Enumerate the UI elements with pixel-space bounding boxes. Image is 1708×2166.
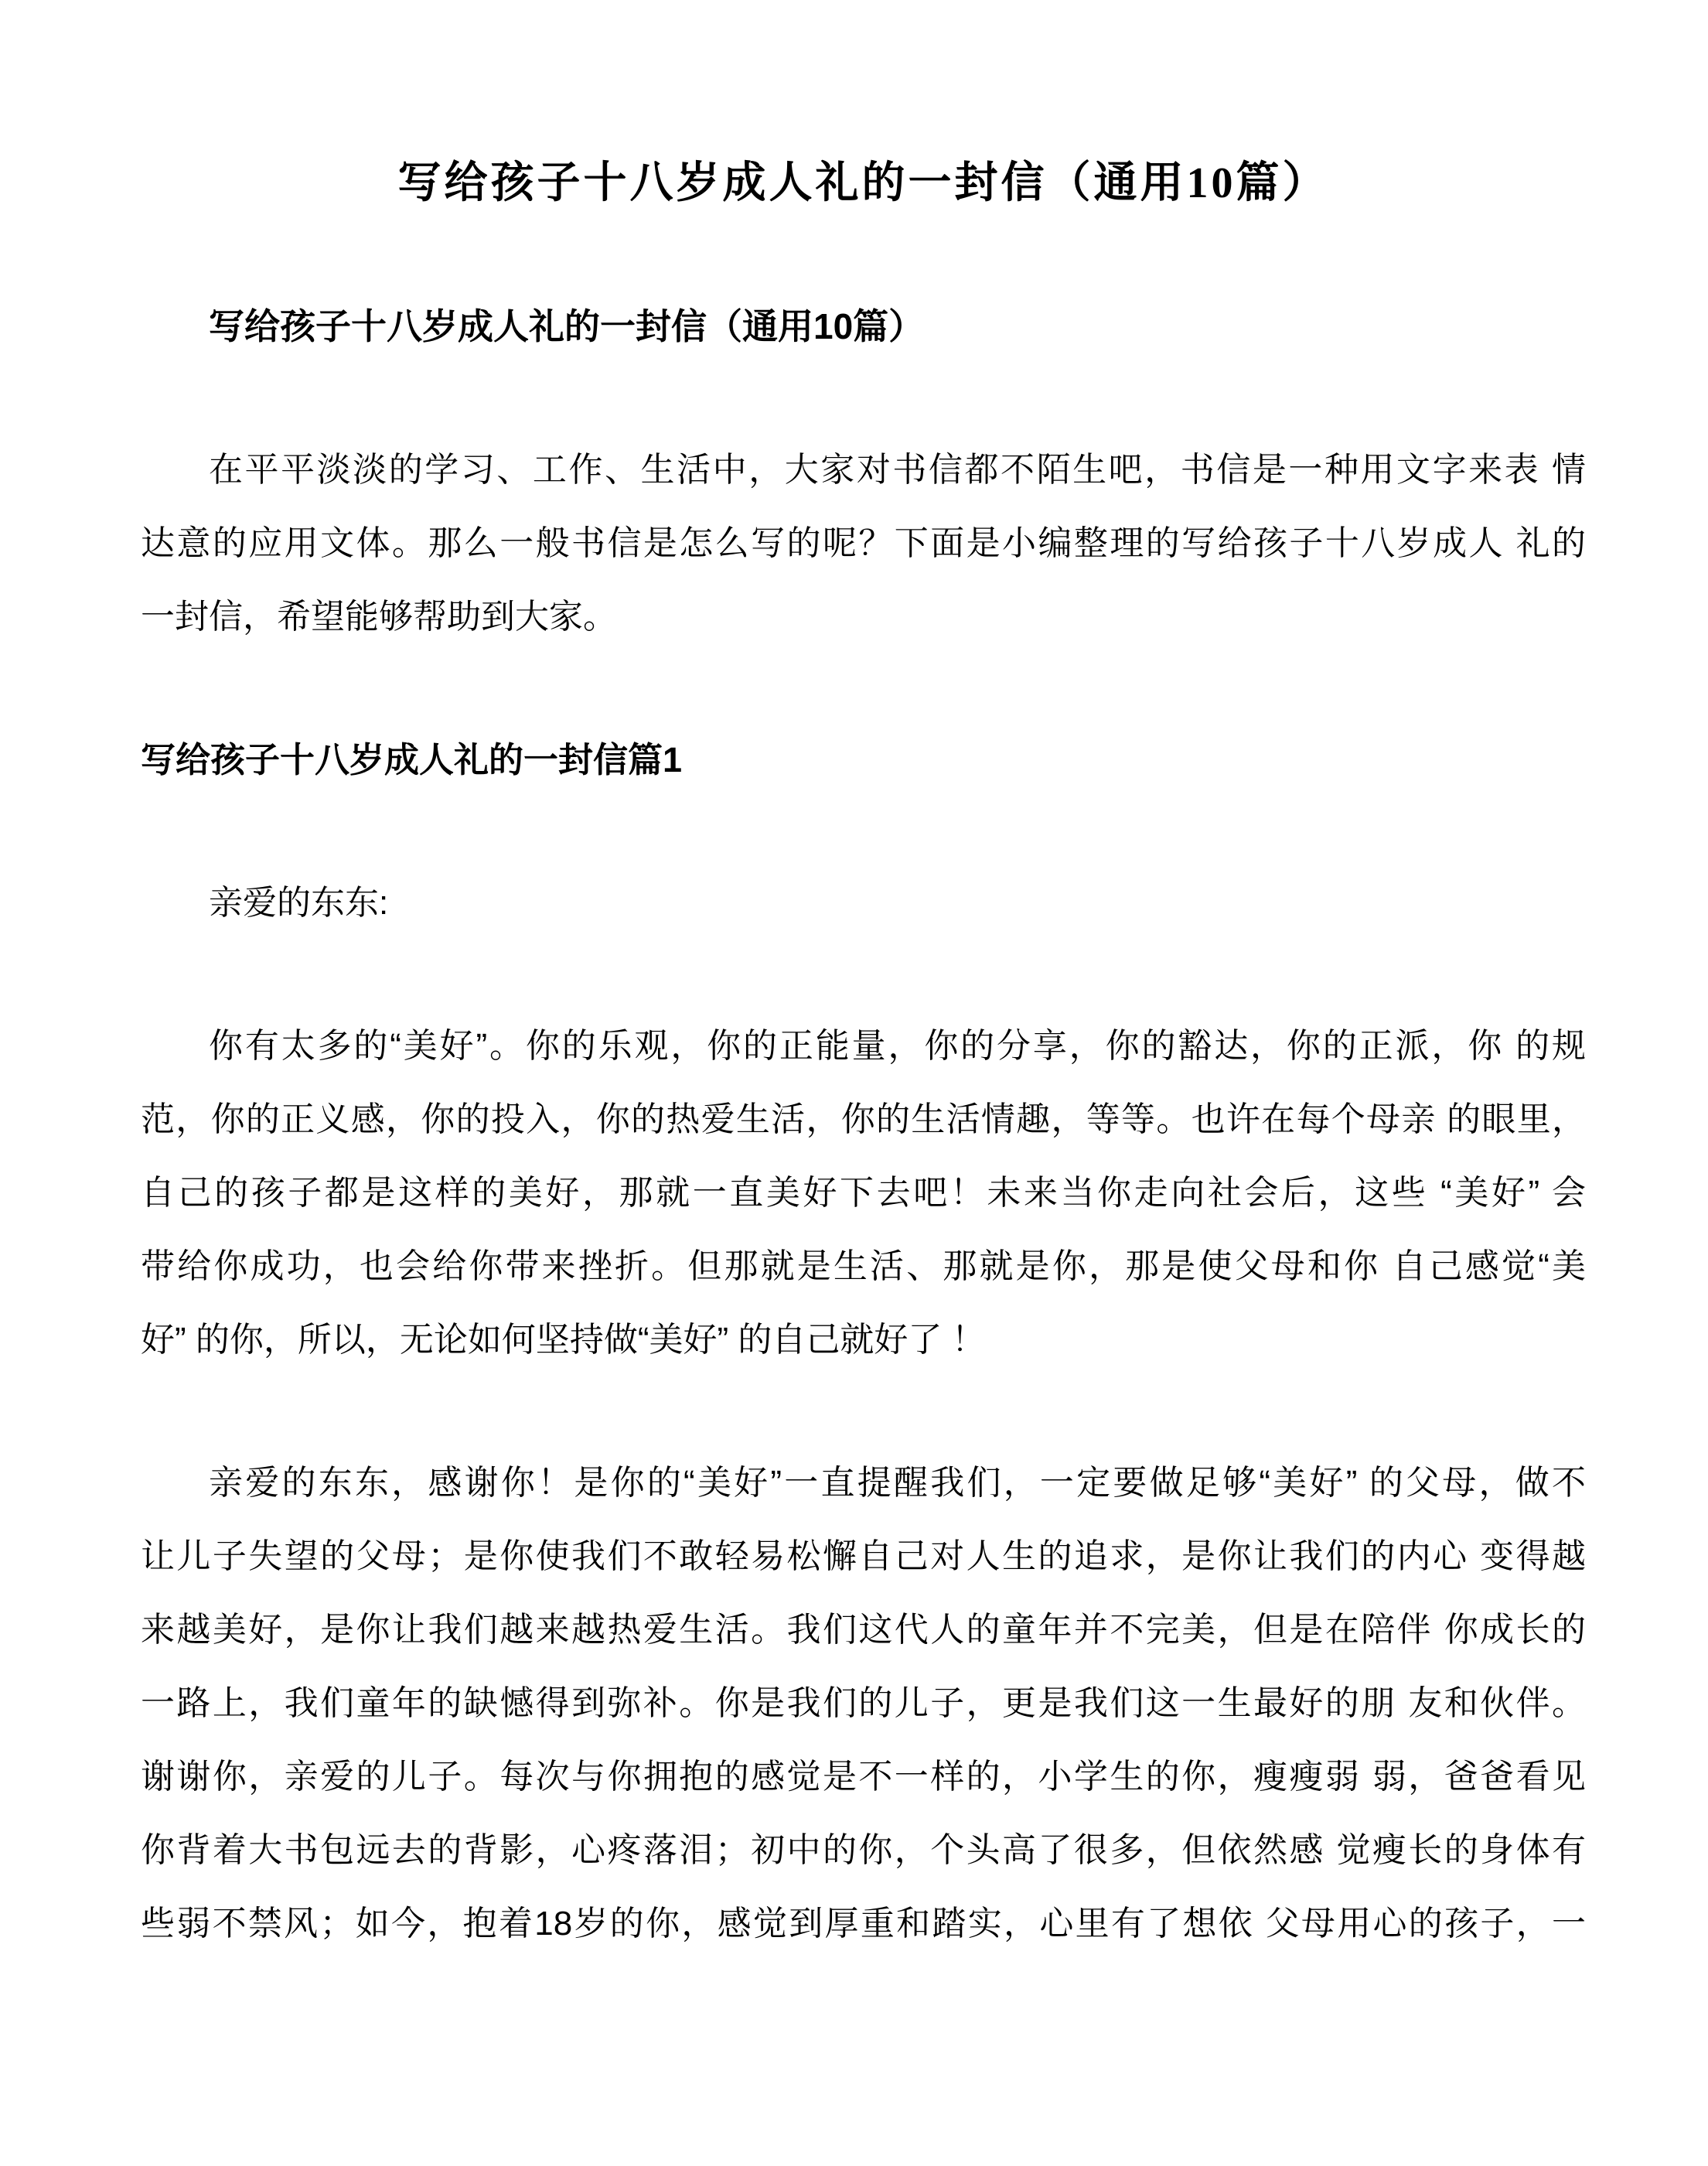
section-heading: 写给孩子十八岁成人礼的一封信篇1	[141, 723, 1586, 796]
text-line: 你背着大书包远去的背影，心疼落泪；初中的你，个头高了很多，但依然感 觉瘦长的身体…	[141, 1813, 1586, 1887]
document-subtitle: 写给孩子十八岁成人礼的一封信（通用10篇）	[141, 290, 1586, 363]
text-line: 带给你成功，也会给你带来挫折。但那就是生活、那就是你，那是使父母和你 自己感觉“…	[141, 1230, 1586, 1303]
body-paragraph-2: 亲爱的东东，感谢你！是你的“美好”一直提醒我们，一定要做足够“美好” 的父母，做…	[141, 1446, 1586, 1960]
document-page: 写给孩子十八岁成人礼的一封信（通用10篇） 写给孩子十八岁成人礼的一封信（通用1…	[0, 0, 1708, 2166]
text-line: 自己的孩子都是这样的美好，那就一直美好下去吧！未来当你走向社会后，这些 “美好”…	[141, 1156, 1586, 1230]
text-line: 让儿子失望的父母；是你使我们不敢轻易松懈自己对人生的追求，是你让我们的内心 变得…	[141, 1520, 1586, 1593]
salutation: 亲爱的东东:	[141, 866, 1586, 940]
text-line: 些弱不禁风；如今，抱着18岁的你，感觉到厚重和踏实，心里有了想依 父母用心的孩子…	[141, 1887, 1586, 1960]
text-line: 达意的应用文体。那么一般书信是怎么写的呢？下面是小编整理的写给孩子十八岁成人 礼…	[141, 507, 1586, 580]
text-line: 好” 的你，所以，无论如何坚持做“美好” 的自己就好了 ！	[141, 1303, 1586, 1376]
text-line: 范，你的正义感，你的投入，你的热爱生活，你的生活情趣，等等。也许在每个母亲 的眼…	[141, 1083, 1586, 1156]
text-line: 来越美好，是你让我们越来越热爱生活。我们这代人的童年并不完美，但是在陪伴 你成长…	[141, 1593, 1586, 1666]
text-line: 你有太多的“美好”。你的乐观，你的正能量，你的分享，你的豁达，你的正派，你 的规	[141, 1009, 1586, 1083]
body-paragraph-1: 你有太多的“美好”。你的乐观，你的正能量，你的分享，你的豁达，你的正派，你 的规…	[141, 1009, 1586, 1376]
intro-paragraph: 在平平淡淡的学习、工作、生活中，大家对书信都不陌生吧，书信是一种用文字来表 情 …	[141, 433, 1586, 653]
text-line: 亲爱的东东，感谢你！是你的“美好”一直提醒我们，一定要做足够“美好” 的父母，做…	[141, 1446, 1586, 1520]
document-title: 写给孩子十八岁成人礼的一封信（通用10篇）	[141, 147, 1586, 220]
text-line: 在平平淡淡的学习、工作、生活中，大家对书信都不陌生吧，书信是一种用文字来表 情	[141, 433, 1586, 507]
text-line: 一封信，希望能够帮助到大家。	[141, 580, 1586, 653]
text-line: 谢谢你，亲爱的儿子。每次与你拥抱的感觉是不一样的，小学生的你，瘦瘦弱 弱，爸爸看…	[141, 1740, 1586, 1813]
text-line: 一路上，我们童年的缺憾得到弥补。你是我们的儿子，更是我们这一生最好的朋 友和伙伴…	[141, 1666, 1586, 1740]
